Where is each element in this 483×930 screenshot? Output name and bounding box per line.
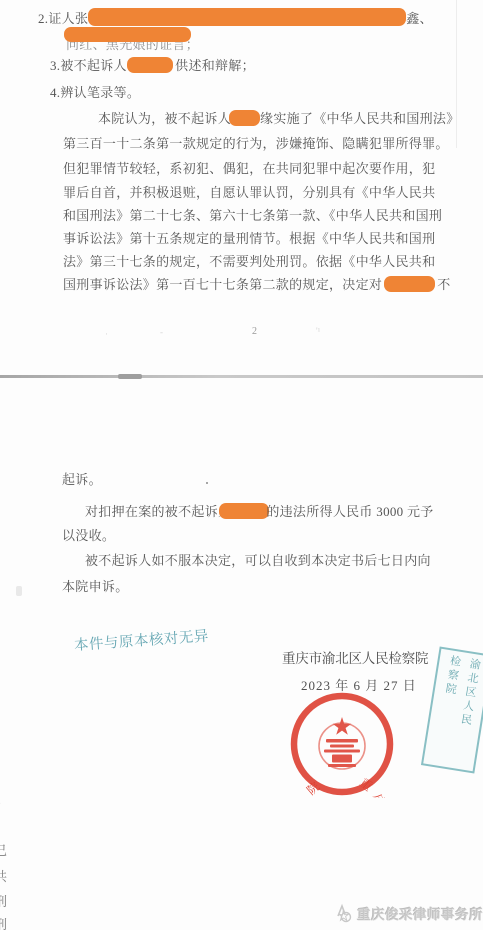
evidence-item-2: 2.证人张鑫、 (38, 8, 433, 27)
page-number: 2 (252, 323, 257, 340)
agency-name: 重庆市渝北区人民检察院 (282, 647, 428, 667)
evidence-item-2-continuation: 问红、黑光娘的证言； (64, 27, 224, 51)
photo-divider (0, 375, 483, 378)
law-firm-watermark: 重庆俊采律师事务所 (357, 903, 483, 923)
photo-divider-mark (118, 374, 142, 379)
evidence-item-2-post: 鑫、 (406, 11, 433, 26)
finding-paragraph-line-8: 国刑事诉讼法》第一百七十七条第二款的规定，决定对不 (63, 276, 451, 293)
margin-fragment: 共 (0, 866, 7, 885)
margin-fragment: 己 (0, 840, 7, 859)
scan-artifact: '¹ (316, 326, 320, 336)
finding-paragraph-line-2: 第三百一十二条第一款规定的行为，涉嫌掩饰、隐瞒犯罪所得罪。 (63, 135, 449, 152)
copy-verification-stamp: 本件与原本核对无异 (73, 625, 209, 655)
confiscation-line-2: 以没收。 (62, 527, 115, 544)
finding-paragraph-line-7: 法》第三十七条的规定，不需要判处刑罚。依据《中华人民共和 (63, 253, 435, 270)
finding-paragraph-line-3: 但犯罪情节较轻，系初犯、偶犯，在共同犯罪中起次要作用，犯 (63, 160, 435, 177)
redaction-block (64, 27, 191, 42)
redaction-block (127, 57, 173, 73)
margin-fragment: 刑 (0, 891, 7, 910)
redaction-block (88, 8, 406, 26)
confiscation-pre: 对扣押在案的被不起诉人 (85, 504, 231, 519)
scan-artifact: · (105, 329, 108, 339)
page-edge-shadow (456, 0, 457, 148)
scan-smudge (16, 586, 22, 596)
side-verification-stamp: 检察院 渝北区人民 (421, 647, 483, 774)
confiscation-line: 对扣押在案的被不起诉人的违法所得人民币 3000 元予 (85, 503, 434, 520)
document-photo: 2.证人张鑫、 问红、黑光娘的证言； 3.被不起诉人李供述和辩解； 4.辨认笔录… (0, 0, 483, 930)
margin-fragment: ， (0, 820, 7, 839)
finding-line8-post: 不 (437, 277, 450, 292)
scan-artifact: ‐ (160, 327, 163, 337)
evidence-item-3-post: 供述和辩解； (175, 58, 255, 73)
redaction-block (229, 110, 260, 126)
scan-dot (206, 482, 208, 484)
finding-line8-pre: 国刑事诉讼法》第一百七十七条第二款的规定，决定对 (63, 277, 382, 292)
evidence-item-2-pre: 2.证人张 (38, 11, 88, 26)
finding-paragraph-line-4: 罪后自首，并积极退赃，自愿认罪认罚，分别具有《中华人民共 (63, 184, 435, 201)
law-firm-logo-icon (332, 902, 354, 924)
finding-line1-pre: 本院认为，被不起诉人 (98, 111, 231, 126)
finding-paragraph-line-6: 事诉讼法》第十五条规定的量刑情节。根据《中华人民共和国刑 (63, 230, 435, 247)
official-seal: 重庆市渝北区人民检察院 (288, 690, 396, 798)
redaction-block (219, 503, 269, 519)
decision-line-1: 起诉。 (62, 471, 102, 488)
appeal-rights-line-1: 被不起诉人如不服本决定，可以自收到本决定书后七日内向 (85, 552, 431, 569)
finding-paragraph-line-5: 和国刑法》第二十七条、第六十七条第一款、《中华人民共和国刑 (63, 207, 442, 224)
evidence-item-4: 4.辨认笔录等。 (50, 84, 140, 101)
seal-ring (294, 696, 390, 792)
margin-fragment: 刑 (0, 914, 7, 930)
confiscation-post: 的违法所得人民币 3000 元予 (266, 504, 433, 519)
appeal-rights-line-2: 本院申诉。 (62, 578, 129, 595)
margin-fragment: 》 (0, 793, 7, 812)
redaction-block (384, 276, 435, 292)
evidence-item-3: 3.被不起诉人李供述和辩解； (50, 57, 255, 74)
finding-line1-post: 缘实施了《中华人民共和国刑法》 (260, 111, 460, 126)
finding-paragraph-line-1: 本院认为，被不起诉人缘实施了《中华人民共和国刑法》 (98, 110, 460, 127)
national-emblem-icon (319, 717, 365, 769)
